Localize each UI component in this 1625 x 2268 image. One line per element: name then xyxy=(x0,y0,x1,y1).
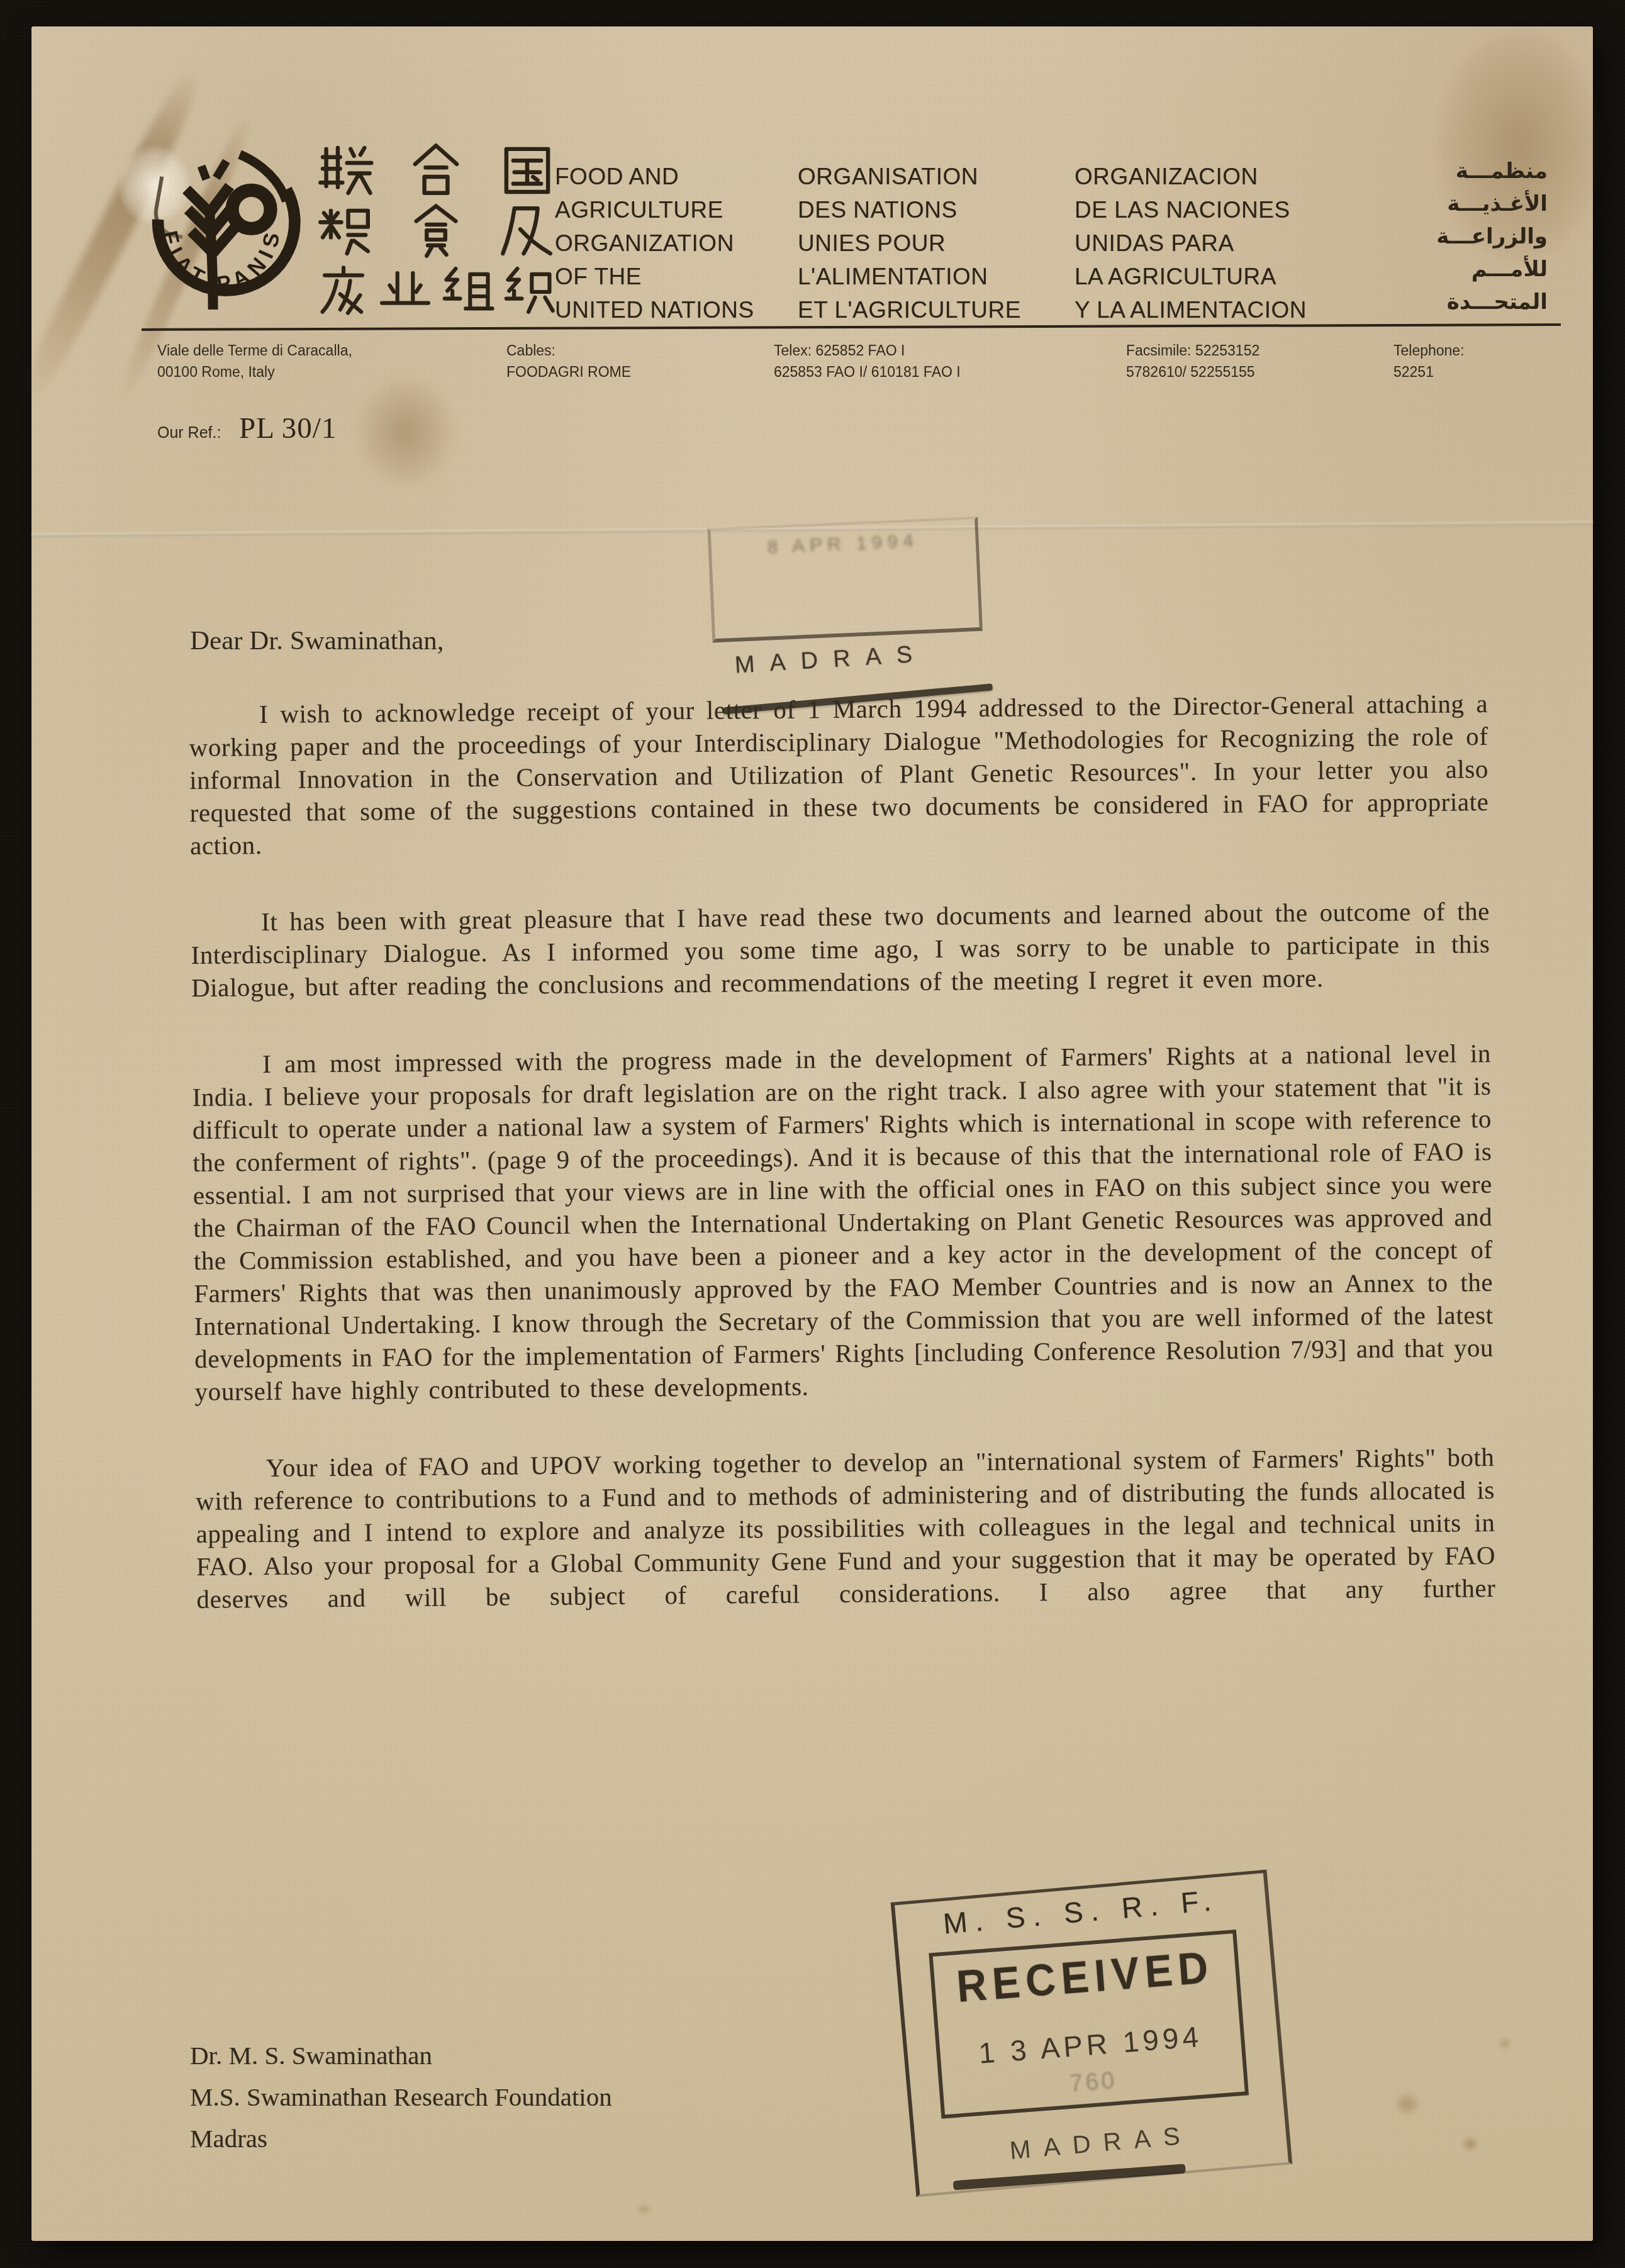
org-line: DES NATIONS xyxy=(798,193,1021,226)
chinese-row xyxy=(316,203,556,260)
cjk-glyph-guo xyxy=(498,141,556,199)
cables-value: FOODAGRI ROME xyxy=(506,361,631,383)
telex-block: Telex: 625852 FAO I 625853 FAO I/ 610181… xyxy=(774,340,961,383)
org-name-french: ORGANISATION DES NATIONS UNIES POUR L'AL… xyxy=(798,160,1021,327)
fao-logo: FIAT PANIS xyxy=(140,145,306,321)
org-line: الأغـذيـــة xyxy=(1339,187,1548,220)
address-line: Viale delle Terme di Caracalla, xyxy=(157,340,352,361)
org-line: UNIDAS PARA xyxy=(1075,226,1307,260)
org-line: ORGANIZACION xyxy=(1075,160,1307,193)
stain-dot xyxy=(1393,2091,1421,2116)
stamp-city: MADRAS xyxy=(734,640,929,679)
paragraph: I wish to acknowledge receipt of your le… xyxy=(189,687,1489,862)
paragraph: I am most impressed with the progress ma… xyxy=(192,1037,1494,1408)
address-line: 00100 Rome, Italy xyxy=(157,361,352,383)
recipient-line: Madras xyxy=(190,2118,612,2159)
org-line: LA AGRICULTURA xyxy=(1075,260,1307,293)
wheat-tip xyxy=(201,161,226,179)
telephone-value: 52251 xyxy=(1393,361,1465,383)
stamp-inner-border: RECEIVED 1 3 APR 1994 760 xyxy=(929,1930,1249,2119)
telephone-block: Telephone: 52251 xyxy=(1393,340,1465,383)
paragraph: Your idea of FAO and UPOV working togeth… xyxy=(195,1441,1495,1616)
letter-body: I wish to acknowledge receipt of your le… xyxy=(189,687,1496,1616)
org-line: AGRICULTURE xyxy=(555,193,754,226)
org-line: UNITED NATIONS xyxy=(555,293,754,327)
telex-line: Telex: 625852 FAO I xyxy=(774,340,961,361)
org-name-spanish: ORGANIZACION DE LAS NACIONES UNIDAS PARA… xyxy=(1075,160,1307,327)
recipient-address: Dr. M. S. Swaminathan M.S. Swaminathan R… xyxy=(190,2035,612,2159)
org-line: UNIES POUR xyxy=(798,226,1021,260)
org-name-arabic: منظمـــة الأغـذيـــة والزراعـــة للأمـــ… xyxy=(1339,155,1548,318)
recipient-line: Dr. M. S. Swaminathan xyxy=(190,2035,612,2076)
org-line: للأمـــم xyxy=(1339,253,1548,286)
cjk-glyph-shi xyxy=(407,203,465,260)
facsimile-block: Facsimile: 52253152 5782610/ 52255155 xyxy=(1126,340,1259,383)
org-line: ORGANIZATION xyxy=(555,226,754,260)
org-line: Y LA ALIMENTACION xyxy=(1075,293,1307,327)
cjk-glyph-lian xyxy=(316,141,374,199)
telex-line: 625853 FAO I/ 610181 FAO I xyxy=(774,361,961,383)
chinese-row xyxy=(316,141,556,199)
stain-dot xyxy=(1461,2135,1480,2153)
facsimile-line: Facsimile: 52253152 xyxy=(1126,340,1259,361)
cables-label: Cables: xyxy=(506,340,631,361)
cjk-glyph-liang xyxy=(316,203,374,260)
salutation: Dear Dr. Swaminathan, xyxy=(190,625,444,656)
stain-blob xyxy=(359,379,453,486)
chinese-org-name: 联 合 国 粮 食 及 农业组织 xyxy=(316,141,556,323)
address-block: Viale delle Terme di Caracalla, 00100 Ro… xyxy=(157,340,352,383)
org-line: ORGANISATION xyxy=(798,160,1021,193)
org-line: المتحـــدة xyxy=(1339,286,1548,318)
logo-o-glyph xyxy=(232,190,271,228)
org-line: منظمـــة xyxy=(1339,155,1548,187)
org-line: FOOD AND xyxy=(555,160,754,193)
our-ref-label: Our Ref.: xyxy=(157,424,221,442)
cables-block: Cables: FOODAGRI ROME xyxy=(506,340,631,383)
paragraph: It has been with great pleasure that I h… xyxy=(191,895,1490,1004)
cjk-glyph-ji xyxy=(498,203,556,260)
facsimile-line: 5782610/ 52255155 xyxy=(1126,361,1259,383)
mssrf-received-stamp: M. S. S. R. F. RECEIVED 1 3 APR 1994 760… xyxy=(891,1870,1293,2198)
recipient-line: M.S. Swaminathan Research Foundation xyxy=(190,2076,612,2118)
stain-dot xyxy=(1497,2036,1512,2050)
org-line: والزراعـــة xyxy=(1339,220,1548,253)
org-line: L'ALIMENTATION xyxy=(798,260,1021,293)
cjk-glyph-nong xyxy=(316,264,371,320)
our-ref-value: PL 30/1 xyxy=(239,411,337,445)
org-name-english: FOOD AND AGRICULTURE ORGANIZATION OF THE… xyxy=(555,160,754,327)
cjk-glyph-zhi xyxy=(501,264,556,320)
telephone-label: Telephone: xyxy=(1393,340,1465,361)
chinese-row xyxy=(316,264,556,320)
org-line: OF THE xyxy=(555,260,754,293)
cjk-glyph-he xyxy=(407,141,465,199)
cjk-glyph-zu xyxy=(439,264,494,320)
stamp-received-label: RECEIVED xyxy=(933,1939,1237,2014)
scanned-letter-photo: { "document_type": "scanned typewritten … xyxy=(0,0,1625,2268)
letter-paper: FIAT PANIS 联 合 国 粮 食 及 农业组织 FOOD AND AGR… xyxy=(31,26,1593,2241)
org-line: DE LAS NACIONES xyxy=(1075,193,1307,226)
stain-dot xyxy=(635,2203,652,2216)
org-line: ET L'AGRICULTURE xyxy=(798,293,1021,327)
cjk-glyph-ye xyxy=(377,264,433,320)
